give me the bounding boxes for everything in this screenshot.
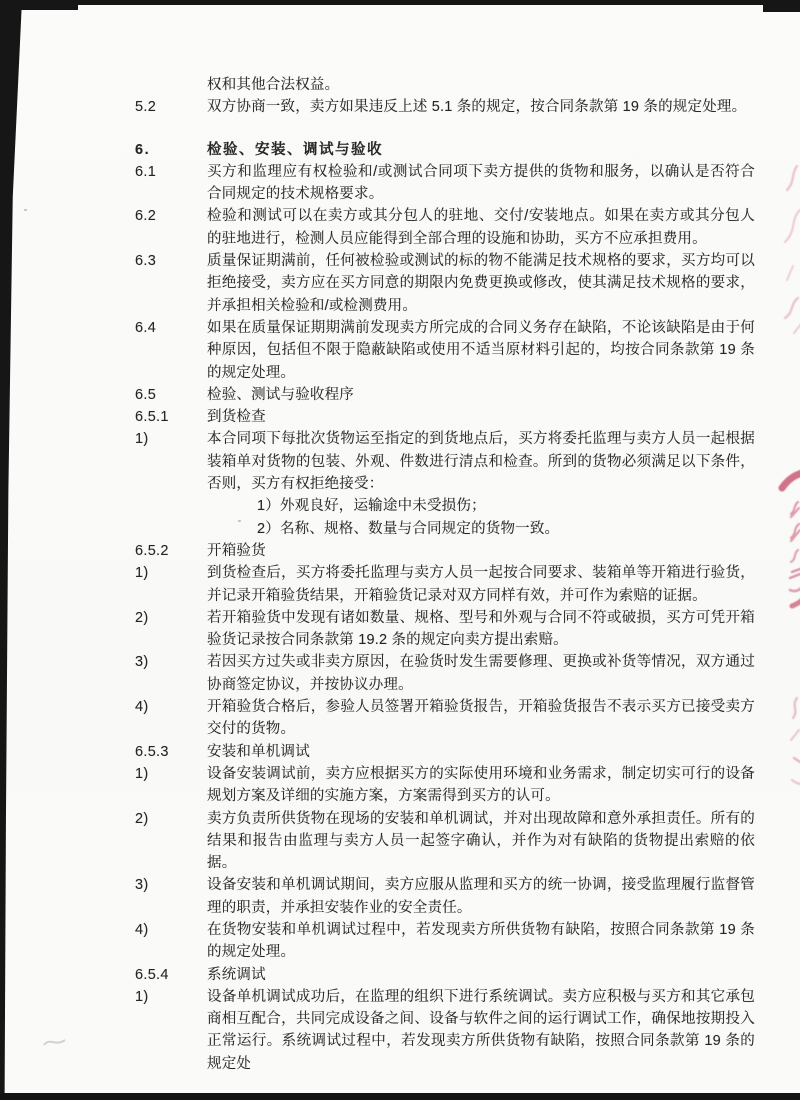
contract-body: 权和其他合法权益。5.2双方协商一致，卖方如果违反上述 5.1 条的规定，按合同… xyxy=(135,74,755,1075)
clause-number: 1) xyxy=(135,562,207,584)
clause-text: 设备安装和单机调试期间，卖方应服从监理和买方的统一协调，接受监理履行监督管理的职… xyxy=(207,874,755,919)
clause-text: 开箱验货合格后，参验人员签署开箱验货报告，开箱验货报告不表示买方已接受卖方交付的… xyxy=(207,696,755,741)
clause-row: 4)在货物安装和单机调试过程中，若发现卖方所供货物有缺陷，按照合同条款第 19 … xyxy=(135,919,755,964)
clause-text: 检验、安装、调试与验收 xyxy=(207,139,755,161)
clause-number: 6.1 xyxy=(135,161,207,183)
scan-edge-top-right xyxy=(763,0,800,12)
clause-text: 到货检查后，买方将委托监理与卖方人员一起按合同要求、装箱单等开箱进行验货，并记录… xyxy=(207,562,755,607)
pencil-smudge xyxy=(42,1034,68,1050)
section-heading-row: 6.检验、安装、调试与验收 xyxy=(135,139,755,161)
clause-row: 1)设备安装调试前，卖方应根据买方的实际使用环境和业务需求，制定切实可行的设备规… xyxy=(135,763,755,808)
clause-number: 5.2 xyxy=(135,96,207,118)
clause-row: 1)本合同项下每批次货物运至指定的到货地点后，买方将委托监理与卖方人员一起根据装… xyxy=(135,428,755,495)
scan-speck xyxy=(24,209,27,211)
red-stamp-fragment-icon xyxy=(774,468,800,633)
clause-row: 6.3质量保证期满前，任何被检验或测试的标的物不能满足技术规格的要求，买方均可以… xyxy=(135,250,755,317)
clause-text: 到货检查 xyxy=(207,406,755,428)
clause-text: 若因买方过失或非卖方原因，在验货时发生需要修理、更换或补货等情况，双方通过协商签… xyxy=(207,651,755,696)
clause-number: 1) xyxy=(135,763,207,785)
clause-number: 6.2 xyxy=(135,205,207,227)
clause-text: 2）名称、规格、数量与合同规定的货物一致。 xyxy=(207,518,755,540)
clause-text: 设备单机调试成功后，在监理的组织下进行系统调试。卖方应积极与买方和其它承包商相互… xyxy=(207,986,755,1075)
clause-text: 开箱验货 xyxy=(207,540,755,562)
clause-number: 1) xyxy=(135,428,207,450)
clause-text: 如果在质量保证期期满前发现卖方所完成的合同义务存在缺陷，不论该缺陷是由于何种原因… xyxy=(207,317,755,384)
clause-row: 6.5.1到货检查 xyxy=(135,406,755,428)
clause-text: 卖方负责所供货物在现场的安装和单机调试，并对出现故障和意外承担责任。所有的结果和… xyxy=(207,808,755,875)
clause-text: 若开箱验货中发现有诸如数量、规格、型号和外观与合同不符或破损，买方可凭开箱验货记… xyxy=(207,607,755,652)
clause-text: 权和其他合法权益。 xyxy=(207,74,755,96)
clause-text: 买方和监理应有权检验和/或测试合同项下卖方提供的货物和服务，以确认是否符合合同规… xyxy=(207,161,755,206)
clause-row: 6.5.3安装和单机调试 xyxy=(135,741,755,763)
clause-number: 6. xyxy=(135,139,207,161)
clause-text: 质量保证期满前，任何被检验或测试的标的物不能满足技术规格的要求，买方均可以拒绝接… xyxy=(207,250,755,317)
clause-text: 系统调试 xyxy=(207,964,755,986)
clause-text: 检验、测试与验收程序 xyxy=(207,384,755,406)
scan-speck xyxy=(238,520,241,522)
clause-row: 2)若开箱验货中发现有诸如数量、规格、型号和外观与合同不符或破损，买方可凭开箱验… xyxy=(135,607,755,652)
clause-row: 2）名称、规格、数量与合同规定的货物一致。 xyxy=(135,518,755,540)
clause-row: 2)卖方负责所供货物在现场的安装和单机调试，并对出现故障和意外承担责任。所有的结… xyxy=(135,808,755,875)
clause-row: 6.5.4系统调试 xyxy=(135,964,755,986)
clause-number: 1) xyxy=(135,986,207,1008)
clause-number: 2) xyxy=(135,607,207,629)
red-stamp-fragment-icon xyxy=(776,158,800,338)
clause-row: 6.1买方和监理应有权检验和/或测试合同项下卖方提供的货物和服务，以确认是否符合… xyxy=(135,161,755,206)
clause-text: 检验和测试可以在卖方或其分包人的驻地、交付/安装地点。如果在卖方或其分包人的驻地… xyxy=(207,205,755,250)
clause-text: 安装和单机调试 xyxy=(207,741,755,763)
clause-number: 3) xyxy=(135,651,207,673)
clause-number: 6.5.1 xyxy=(135,406,207,428)
clause-row: 5.2双方协商一致，卖方如果违反上述 5.1 条的规定，按合同条款第 19 条的… xyxy=(135,96,755,118)
clause-row: 1)设备单机调试成功后，在监理的组织下进行系统调试。卖方应积极与买方和其它承包商… xyxy=(135,986,755,1075)
clause-row: 1）外观良好，运输途中未受损伤； xyxy=(135,495,755,517)
clause-number: 6.5.4 xyxy=(135,964,207,986)
clause-text: 本合同项下每批次货物运至指定的到货地点后，买方将委托监理与卖方人员一起根据装箱单… xyxy=(207,428,755,495)
clause-row: 1)到货检查后，买方将委托监理与卖方人员一起按合同要求、装箱单等开箱进行验货，并… xyxy=(135,562,755,607)
clause-row: 权和其他合法权益。 xyxy=(135,74,755,96)
clause-row: 6.5检验、测试与验收程序 xyxy=(135,384,755,406)
clause-rows: 权和其他合法权益。5.2双方协商一致，卖方如果违反上述 5.1 条的规定，按合同… xyxy=(135,74,755,1075)
scan-edge-top xyxy=(0,0,800,5)
scanned-contract-page: 权和其他合法权益。5.2双方协商一致，卖方如果违反上述 5.1 条的规定，按合同… xyxy=(0,0,800,1100)
clause-number: 6.5.3 xyxy=(135,741,207,763)
clause-text: 1）外观良好，运输途中未受损伤； xyxy=(207,495,755,517)
clause-row: 3)设备安装和单机调试期间，卖方应服从监理和买方的统一协调，接受监理履行监督管理… xyxy=(135,874,755,919)
clause-text: 双方协商一致，卖方如果违反上述 5.1 条的规定，按合同条款第 19 条的规定处… xyxy=(207,96,755,118)
clause-text: 设备安装调试前，卖方应根据买方的实际使用环境和业务需求，制定切实可行的设备规划方… xyxy=(207,763,755,808)
clause-number: 6.4 xyxy=(135,317,207,339)
clause-number: 6.5 xyxy=(135,384,207,406)
clause-row: 6.2检验和测试可以在卖方或其分包人的驻地、交付/安装地点。如果在卖方或其分包人… xyxy=(135,205,755,250)
clause-number: 4) xyxy=(135,696,207,718)
scan-edge-bottom xyxy=(0,1093,800,1100)
clause-row: 6.4如果在质量保证期期满前发现卖方所完成的合同义务存在缺陷，不论该缺陷是由于何… xyxy=(135,317,755,384)
clause-row: 6.5.2开箱验货 xyxy=(135,540,755,562)
clause-row: 3)若因买方过失或非卖方原因，在验货时发生需要修理、更换或补货等情况，双方通过协… xyxy=(135,651,755,696)
clause-number: 6.3 xyxy=(135,250,207,272)
clause-number: 6.5.2 xyxy=(135,540,207,562)
clause-number: 2) xyxy=(135,808,207,830)
red-stamp-fragment-icon xyxy=(780,692,800,797)
scan-edge-left xyxy=(0,0,22,1094)
clause-number: 4) xyxy=(135,919,207,941)
clause-text: 在货物安装和单机调试过程中，若发现卖方所供货物有缺陷，按照合同条款第 19 条的… xyxy=(207,919,755,964)
clause-number: 3) xyxy=(135,874,207,896)
clause-row: 4)开箱验货合格后，参验人员签署开箱验货报告，开箱验货报告不表示买方已接受卖方交… xyxy=(135,696,755,741)
